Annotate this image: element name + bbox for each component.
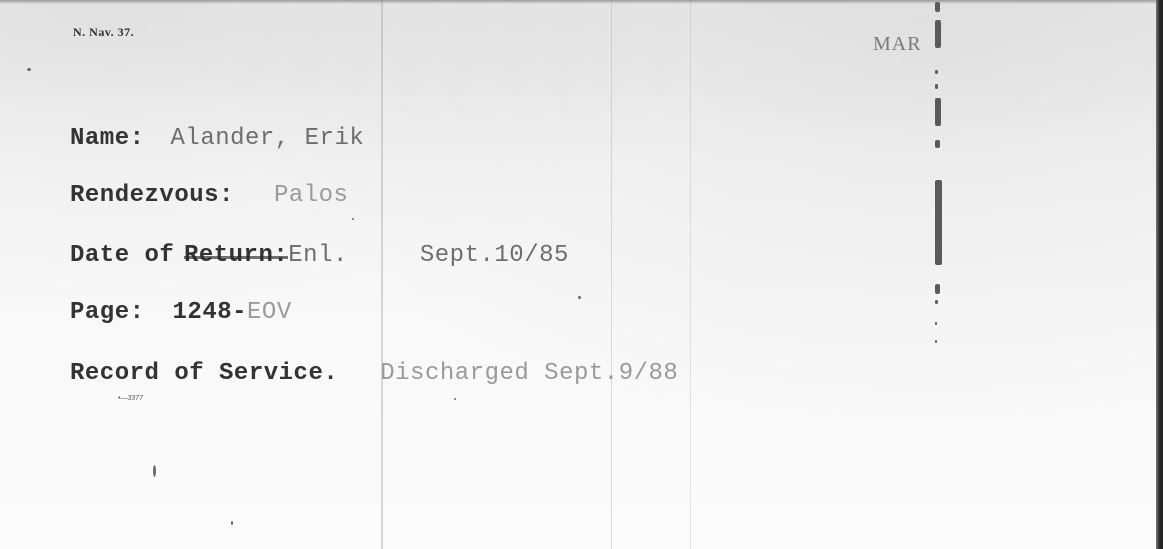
page-label: Page:: [70, 299, 145, 326]
rendezvous-label: Rendezvous:: [70, 182, 234, 209]
date-type-value: Enl.: [288, 242, 348, 269]
rendezvous-field: Rendezvous:Palos: [70, 182, 348, 209]
name-label: Name:: [70, 125, 145, 152]
speck: [27, 68, 31, 71]
page-number-value: 1248-: [173, 299, 248, 326]
page-field: Page:1248-EOV: [70, 299, 292, 326]
name-value: Alander, Erik: [171, 125, 365, 152]
date-stamp: MAR: [873, 33, 922, 56]
fold-line: [690, 0, 691, 549]
form-number: N. Nav. 37.: [73, 25, 134, 40]
speck: [153, 465, 156, 477]
card-top-edge: [0, 0, 1163, 4]
date-field: Date of Return:Enl.Sept.10/85: [70, 242, 569, 269]
speck: [454, 398, 456, 400]
fold-line: [381, 0, 383, 549]
service-field: Record of Service.Discharged Sept.9/88: [70, 360, 678, 387]
service-value: Discharged Sept.9/88: [380, 360, 678, 387]
service-label: Record of Service.: [70, 360, 338, 387]
enlistment-record-card: N. Nav. 37. MAR Name:Alander, Erik Rende…: [0, 0, 1163, 549]
speck: [231, 521, 233, 525]
rendezvous-value: Palos: [274, 182, 349, 209]
speck: [352, 218, 354, 220]
fold-line: [611, 0, 612, 549]
date-label-prefix: Date of: [70, 242, 174, 269]
card-right-edge: [1156, 0, 1163, 549]
page-suffix-value: EOV: [247, 299, 292, 326]
print-code: •—3377: [118, 395, 143, 402]
speck: [578, 296, 581, 299]
name-field: Name:Alander, Erik: [70, 125, 364, 152]
enlistment-date-value: Sept.10/85: [420, 242, 569, 269]
date-label-struck: Return:: [184, 242, 288, 269]
vertical-date-stamp: [932, 0, 946, 360]
